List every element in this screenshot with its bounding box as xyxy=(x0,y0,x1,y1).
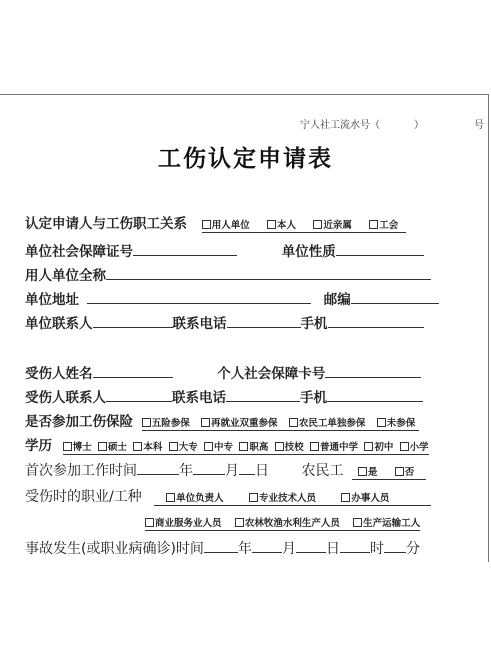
occupation-option-agriculture[interactable]: 农林牧渔水利生产人员 xyxy=(235,515,340,529)
injured-phone-label: 联系电话 xyxy=(172,390,226,406)
month-label: 月 xyxy=(282,541,296,557)
education-label: 学历 xyxy=(25,438,52,454)
month-label: 月 xyxy=(225,463,239,479)
checkbox-icon[interactable] xyxy=(358,467,367,476)
injured-contact-row: 受伤人联系人联系电话手机 xyxy=(25,386,423,406)
accident-minute-field[interactable] xyxy=(384,538,406,553)
employer-nature-label: 单位性质 xyxy=(282,244,336,260)
hour-label: 时 xyxy=(370,541,384,557)
relation-options: 用人单位 本人 近亲属 工会 xyxy=(202,217,407,233)
insurance-option-none[interactable]: 未参保 xyxy=(377,415,416,429)
injured-name-field[interactable] xyxy=(93,363,173,378)
injured-contact-field[interactable] xyxy=(106,387,172,402)
insurance-option-dual[interactable]: 再就业双重参保 xyxy=(201,415,278,429)
checkbox-icon[interactable] xyxy=(377,418,386,427)
employer-address-field[interactable] xyxy=(87,289,311,304)
relation-option-relative[interactable]: 近亲属 xyxy=(313,217,352,231)
checkbox-icon[interactable] xyxy=(133,442,142,451)
checkbox-icon[interactable] xyxy=(289,418,298,427)
first-work-day-field[interactable] xyxy=(239,460,255,475)
employer-name-label: 用人单位全称 xyxy=(25,268,106,284)
relation-label: 认定申请人与工伤职工关系 xyxy=(25,216,187,232)
accident-year-field[interactable] xyxy=(204,538,238,553)
migrant-option-no[interactable]: 否 xyxy=(395,464,415,478)
year-label: 年 xyxy=(238,541,252,557)
education-option-primary[interactable]: 小学 xyxy=(400,439,429,453)
relation-row: 认定申请人与工伤职工关系 用人单位 本人 近亲属 工会 xyxy=(25,212,406,233)
checkbox-icon[interactable] xyxy=(313,220,322,229)
frame-top-border xyxy=(0,94,489,95)
education-option-middle-school[interactable]: 初中 xyxy=(364,439,393,453)
serial-close: ） xyxy=(414,116,424,131)
relation-option-employer[interactable]: 用人单位 xyxy=(202,217,250,231)
education-option-phd[interactable]: 博士 xyxy=(63,439,92,453)
employer-ss-label: 单位社会保障证号 xyxy=(25,244,133,260)
employer-mobile-label: 手机 xyxy=(301,316,328,332)
year-label: 年 xyxy=(179,463,193,479)
checkbox-icon[interactable] xyxy=(275,442,284,451)
checkbox-icon[interactable] xyxy=(142,418,151,427)
injured-mobile-label: 手机 xyxy=(300,390,327,406)
serial-prefix: 宁人社工流水号（ xyxy=(300,116,380,131)
accident-day-field[interactable] xyxy=(296,538,326,553)
education-option-high-school[interactable]: 普通中学 xyxy=(310,439,358,453)
employer-contact-row: 单位联系人联系电话手机 xyxy=(25,312,424,332)
checkbox-icon[interactable] xyxy=(369,220,378,229)
migrant-options: 是 否 xyxy=(352,464,426,480)
injured-contact-label: 受伤人联系人 xyxy=(25,390,106,406)
occupation-row-2: 商业服务业人员 农林牧渔水利生产人员 生产运输工人 xyxy=(145,514,420,531)
checkbox-icon[interactable] xyxy=(169,442,178,451)
education-option-bachelor[interactable]: 本科 xyxy=(133,439,162,453)
employer-name-row: 用人单位全称 xyxy=(25,264,431,284)
occupation-options-row2: 商业服务业人员 农林牧渔水利生产人员 生产运输工人 xyxy=(145,515,420,531)
injured-phone-field[interactable] xyxy=(226,387,300,402)
insurance-option-migrant[interactable]: 农民工单独参保 xyxy=(289,415,366,429)
occupation-row: 受伤时的职业/工种 单位负责人 专业技术人员 办事人员 xyxy=(25,486,431,506)
insurance-options: 五险参保 再就业双重参保 农民工单独参保 未参保 xyxy=(142,415,420,431)
day-label: 日 xyxy=(255,463,269,479)
first-work-row: 首次参加工作时间年月日 农民工 是 否 xyxy=(25,460,426,480)
employer-name-field[interactable] xyxy=(106,265,431,280)
accident-time-label: 事故发生(或职业病确诊)时间 xyxy=(25,541,204,557)
checkbox-icon[interactable] xyxy=(364,442,373,451)
education-option-master[interactable]: 硕士 xyxy=(98,439,127,453)
day-label: 日 xyxy=(326,541,340,557)
employer-phone-label: 联系电话 xyxy=(173,316,227,332)
occupation-option-clerical[interactable]: 办事人员 xyxy=(341,490,389,504)
checkbox-icon[interactable] xyxy=(98,442,107,451)
checkbox-icon[interactable] xyxy=(63,442,72,451)
employer-mobile-field[interactable] xyxy=(328,313,424,328)
accident-month-field[interactable] xyxy=(252,538,282,553)
first-work-year-field[interactable] xyxy=(137,460,179,475)
accident-hour-field[interactable] xyxy=(340,538,370,553)
checkbox-icon[interactable] xyxy=(202,220,211,229)
employer-contact-label: 单位联系人 xyxy=(25,316,93,332)
checkbox-icon[interactable] xyxy=(353,518,362,527)
education-options: 博士 硕士 本科 大专 中专 职高 技校 普通中学 初中 小学 xyxy=(63,439,429,455)
first-work-label: 首次参加工作时间 xyxy=(25,463,137,479)
injured-name-label: 受伤人姓名 xyxy=(25,366,93,382)
occupation-option-technical[interactable]: 专业技术人员 xyxy=(249,490,316,504)
injured-name-row: 受伤人姓名 个人社会保障卡号 xyxy=(25,362,421,382)
occupation-options-row1: 单位负责人 专业技术人员 办事人员 xyxy=(154,490,431,506)
first-work-month-field[interactable] xyxy=(193,460,225,475)
employer-address-row: 单位地址 邮编 xyxy=(25,288,439,308)
checkbox-icon[interactable] xyxy=(400,442,409,451)
checkbox-icon[interactable] xyxy=(249,493,258,502)
employer-ss-field[interactable] xyxy=(133,241,237,256)
education-option-vocational-high[interactable]: 职高 xyxy=(239,439,268,453)
employer-ss-row: 单位社会保障证号 单位性质 xyxy=(25,240,424,260)
occupation-option-production[interactable]: 生产运输工人 xyxy=(353,515,420,529)
checkbox-icon[interactable] xyxy=(395,467,404,476)
checkbox-icon[interactable] xyxy=(310,442,319,451)
occupation-option-service[interactable]: 商业服务业人员 xyxy=(145,515,222,529)
personal-ss-card-label: 个人社会保障卡号 xyxy=(217,366,325,382)
insurance-option-five[interactable]: 五险参保 xyxy=(142,415,190,429)
postcode-label: 邮编 xyxy=(324,292,351,308)
minute-label: 分 xyxy=(406,541,420,557)
employer-nature-field[interactable] xyxy=(336,241,424,256)
insurance-label: 是否参加工伤保险 xyxy=(25,414,133,430)
checkbox-icon[interactable] xyxy=(166,493,175,502)
serial-suffix: 号 xyxy=(474,116,484,131)
occupation-label: 受伤时的职业/工种 xyxy=(25,489,142,505)
checkbox-icon[interactable] xyxy=(201,418,210,427)
education-option-tech-school[interactable]: 技校 xyxy=(275,439,304,453)
page-title: 工伤认定申请表 xyxy=(0,140,491,173)
checkbox-icon[interactable] xyxy=(239,442,248,451)
employer-contact-field[interactable] xyxy=(93,313,173,328)
migrant-option-yes[interactable]: 是 xyxy=(358,464,378,478)
checkbox-icon[interactable] xyxy=(145,518,154,527)
employer-address-label: 单位地址 xyxy=(25,292,79,308)
relation-option-self[interactable]: 本人 xyxy=(267,217,296,231)
checkbox-icon[interactable] xyxy=(204,442,213,451)
relation-option-union[interactable]: 工会 xyxy=(369,217,398,231)
education-option-secondary-tech[interactable]: 中专 xyxy=(204,439,233,453)
accident-time-row: 事故发生(或职业病确诊)时间年月日时分 xyxy=(25,538,420,558)
personal-ss-card-field[interactable] xyxy=(325,363,421,378)
education-option-college[interactable]: 大专 xyxy=(169,439,198,453)
education-row: 学历 博士 硕士 本科 大专 中专 职高 技校 普通中学 初中 小学 xyxy=(25,434,429,455)
occupation-option-manager[interactable]: 单位负责人 xyxy=(166,490,224,504)
migrant-label: 农民工 xyxy=(301,463,343,479)
checkbox-icon[interactable] xyxy=(267,220,276,229)
checkbox-icon[interactable] xyxy=(235,518,244,527)
postcode-field[interactable] xyxy=(351,289,439,304)
insurance-row: 是否参加工伤保险 五险参保 再就业双重参保 农民工单独参保 未参保 xyxy=(25,410,419,431)
employer-phone-field[interactable] xyxy=(227,313,301,328)
injured-mobile-field[interactable] xyxy=(327,387,423,402)
checkbox-icon[interactable] xyxy=(341,493,350,502)
